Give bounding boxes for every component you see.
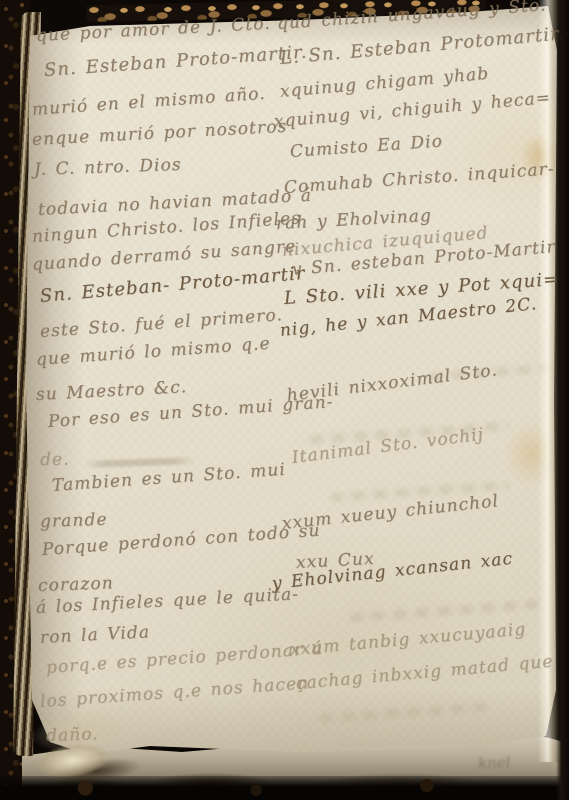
showthrough-text: knel: [478, 753, 511, 772]
manuscript-photo: knel que por amor de J. Cto. Sn. Esteban…: [0, 0, 569, 800]
bottom-left-crumple: [24, 681, 148, 790]
page-surface: [24, 2, 558, 758]
paper-texture: [24, 2, 558, 758]
photo-right-edge: [556, 0, 569, 800]
paper-stain-gutter: [24, 2, 84, 758]
